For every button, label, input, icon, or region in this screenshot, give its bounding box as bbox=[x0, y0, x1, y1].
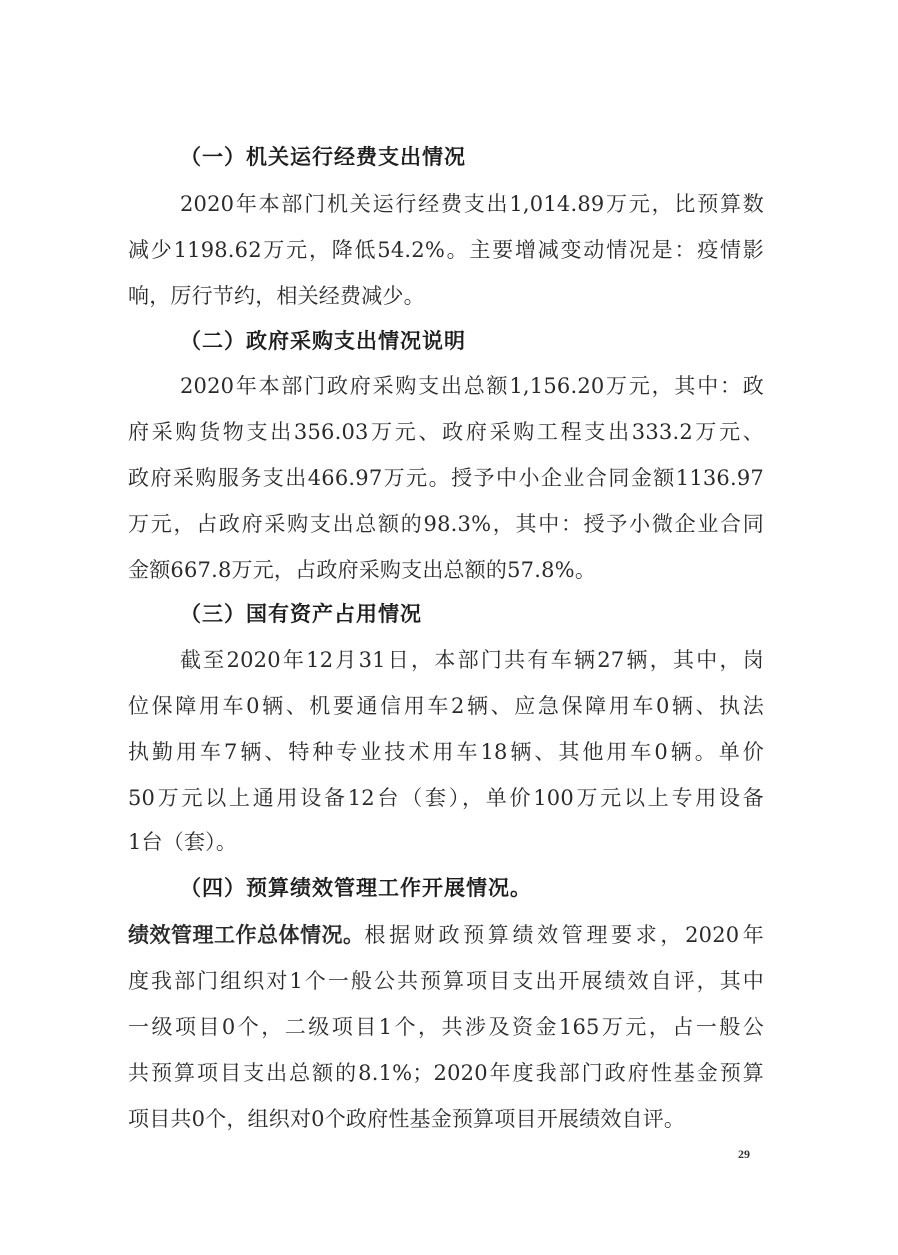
paragraph-line: 1台（套）。 bbox=[128, 822, 764, 862]
section-heading-3: （三）国有资产占用情况 bbox=[180, 594, 764, 634]
paragraph-line: 共预算项目支出总额的8.1%；2020年度我部门政府性基金预算 bbox=[128, 1053, 764, 1093]
paragraph-line-with-lead: 绩效管理工作总体情况。根据财政预算绩效管理要求，2020年 bbox=[128, 915, 764, 955]
paragraph-line: 执勤用车7辆、特种专业技术用车18辆、其他用车0辆。单价 bbox=[128, 732, 764, 772]
paragraph-line: 2020年本部门政府采购支出总额1,156.20万元，其中：政 bbox=[180, 366, 764, 406]
paragraph-line: 度我部门组织对1个一般公共预算项目支出开展绩效自评，其中 bbox=[128, 961, 764, 1001]
document-page: （一）机关运行经费支出情况 2020年本部门机关运行经费支出1,014.89万元… bbox=[0, 0, 898, 1255]
paragraph-line: 金额667.8万元，占政府采购支出总额的57.8%。 bbox=[128, 550, 764, 590]
paragraph-line: 项目共0个，组织对0个政府性基金预算项目开展绩效自评。 bbox=[128, 1099, 764, 1139]
paragraph-line: 万元，占政府采购支出总额的98.3%，其中：授予小微企业合同 bbox=[128, 504, 764, 544]
section-heading-4: （四）预算绩效管理工作开展情况。 bbox=[180, 868, 764, 908]
paragraph-line: 减少1198.62万元，降低54.2%。主要增减变动情况是：疫情影 bbox=[128, 230, 764, 270]
paragraph-line: 一级项目0个，二级项目1个，共涉及资金165万元，占一般公 bbox=[128, 1007, 764, 1047]
paragraph-line-rest: 根据财政预算绩效管理要求，2020年 bbox=[365, 915, 765, 955]
section-heading-1: （一）机关运行经费支出情况 bbox=[180, 137, 764, 177]
paragraph-line: 政府采购服务支出466.97万元。授予中小企业合同金额1136.97 bbox=[128, 458, 764, 498]
paragraph-lead: 绩效管理工作总体情况。 bbox=[128, 915, 365, 955]
paragraph-line: 位保障用车0辆、机要通信用车2辆、应急保障用车0辆、执法 bbox=[128, 686, 764, 726]
paragraph-line: 响，厉行节约，相关经费减少。 bbox=[128, 276, 764, 316]
page-number: 29 bbox=[738, 1147, 750, 1162]
paragraph-line: 50万元以上通用设备12台（套），单价100万元以上专用设备 bbox=[128, 778, 764, 818]
paragraph-line: 截至2020年12月31日，本部门共有车辆27辆，其中，岗 bbox=[180, 640, 764, 680]
section-heading-2: （二）政府采购支出情况说明 bbox=[180, 321, 764, 361]
paragraph-line: 2020年本部门机关运行经费支出1,014.89万元，比预算数 bbox=[180, 184, 764, 224]
paragraph-line: 府采购货物支出356.03万元、政府采购工程支出333.2万元、 bbox=[128, 412, 764, 452]
